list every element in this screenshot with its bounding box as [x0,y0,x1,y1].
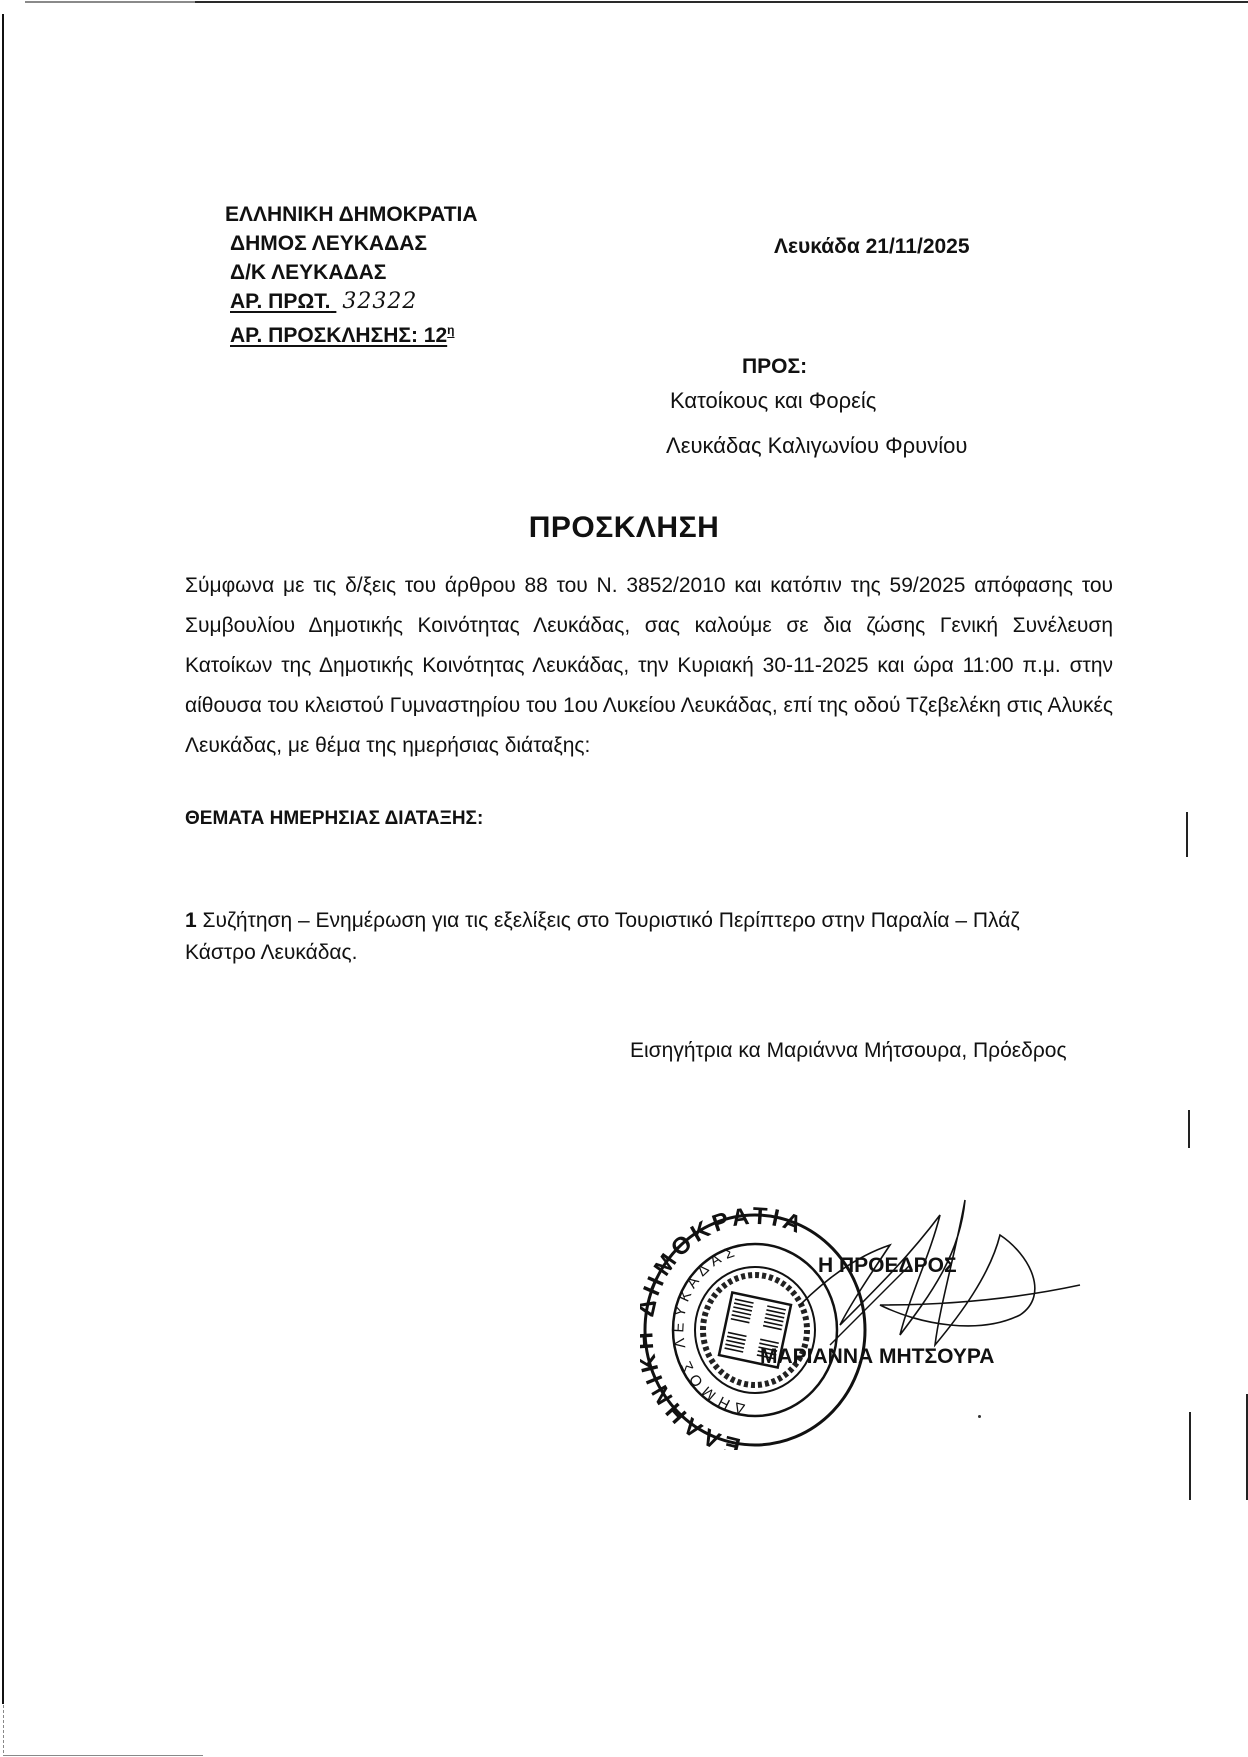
recipients-label: ΠΡΟΣ: [742,355,807,379]
scan-mark [1186,812,1188,857]
ink-speck [978,1415,981,1418]
municipality-heading: ΔΗΜΟΣ ΛΕΥΚΑΔΑΣ [230,229,478,258]
scan-mark [1188,1110,1190,1148]
protocol-number-handwritten: 32322 [342,289,417,314]
rapporteur-line: Εισηγήτρια κα Μαριάννα Μήτσουρα, Πρόεδρο… [630,1039,1067,1063]
invitation-number-line: ΑΡ. ΠΡΟΣΚΛΗΣΗΣ: 12η [230,316,478,350]
scan-border-bottom [3,1755,203,1756]
scan-border-top-faint [25,1,195,3]
scan-border-left-dashed [3,1705,5,1753]
recipients-line-1: Κατοίκους και Φορείς [670,388,876,414]
scan-border-left [2,14,4,1704]
community-heading: Δ/Κ ΛΕΥΚΑΔΑΣ [230,258,478,287]
republic-heading: ΕΛΛΗΝΙΚΗ ΔΗΜΟΚΡΑΤΙΑ [225,200,478,229]
scan-mark [1189,1412,1191,1500]
recipients-line-2: Λευκάδας Καλιγωνίου Φρυνίου [666,433,967,459]
sender-block: ΕΛΛΗΝΙΚΗ ΔΗΜΟΚΡΑΤΙΑ ΔΗΜΟΣ ΛΕΥΚΑΔΑΣ Δ/Κ Λ… [225,200,478,350]
invitation-label: ΑΡ. ΠΡΟΣΚΛΗΣΗΣ: 12 [230,324,447,347]
agenda-item: 1 Συζήτηση – Ενημέρωση για τις εξελίξεις… [185,905,1095,969]
agenda-item-number: 1 [185,909,197,932]
invitation-body: Σύμφωνα με τις δ/ξεις του άρθρου 88 του … [185,566,1113,766]
document-title: ΠΡΟΣΚΛΗΣΗ [0,511,1248,545]
invitation-suffix: η [447,323,454,337]
handwritten-signature-icon [790,1195,1090,1365]
agenda-heading: ΘΕΜΑΤΑ ΗΜΕΡΗΣΙΑΣ ΔΙΑΤΑΞΗΣ: [185,808,483,830]
scan-border-top [25,1,1248,3]
document-date: Λευκάδα 21/11/2025 [774,235,970,259]
agenda-item-text: Συζήτηση – Ενημέρωση για τις εξελίξεις σ… [185,909,1020,964]
protocol-number-line: ΑΡ. ΠΡΩΤ. 32322 [230,287,478,316]
protocol-label: ΑΡ. ΠΡΩΤ. [230,290,331,313]
